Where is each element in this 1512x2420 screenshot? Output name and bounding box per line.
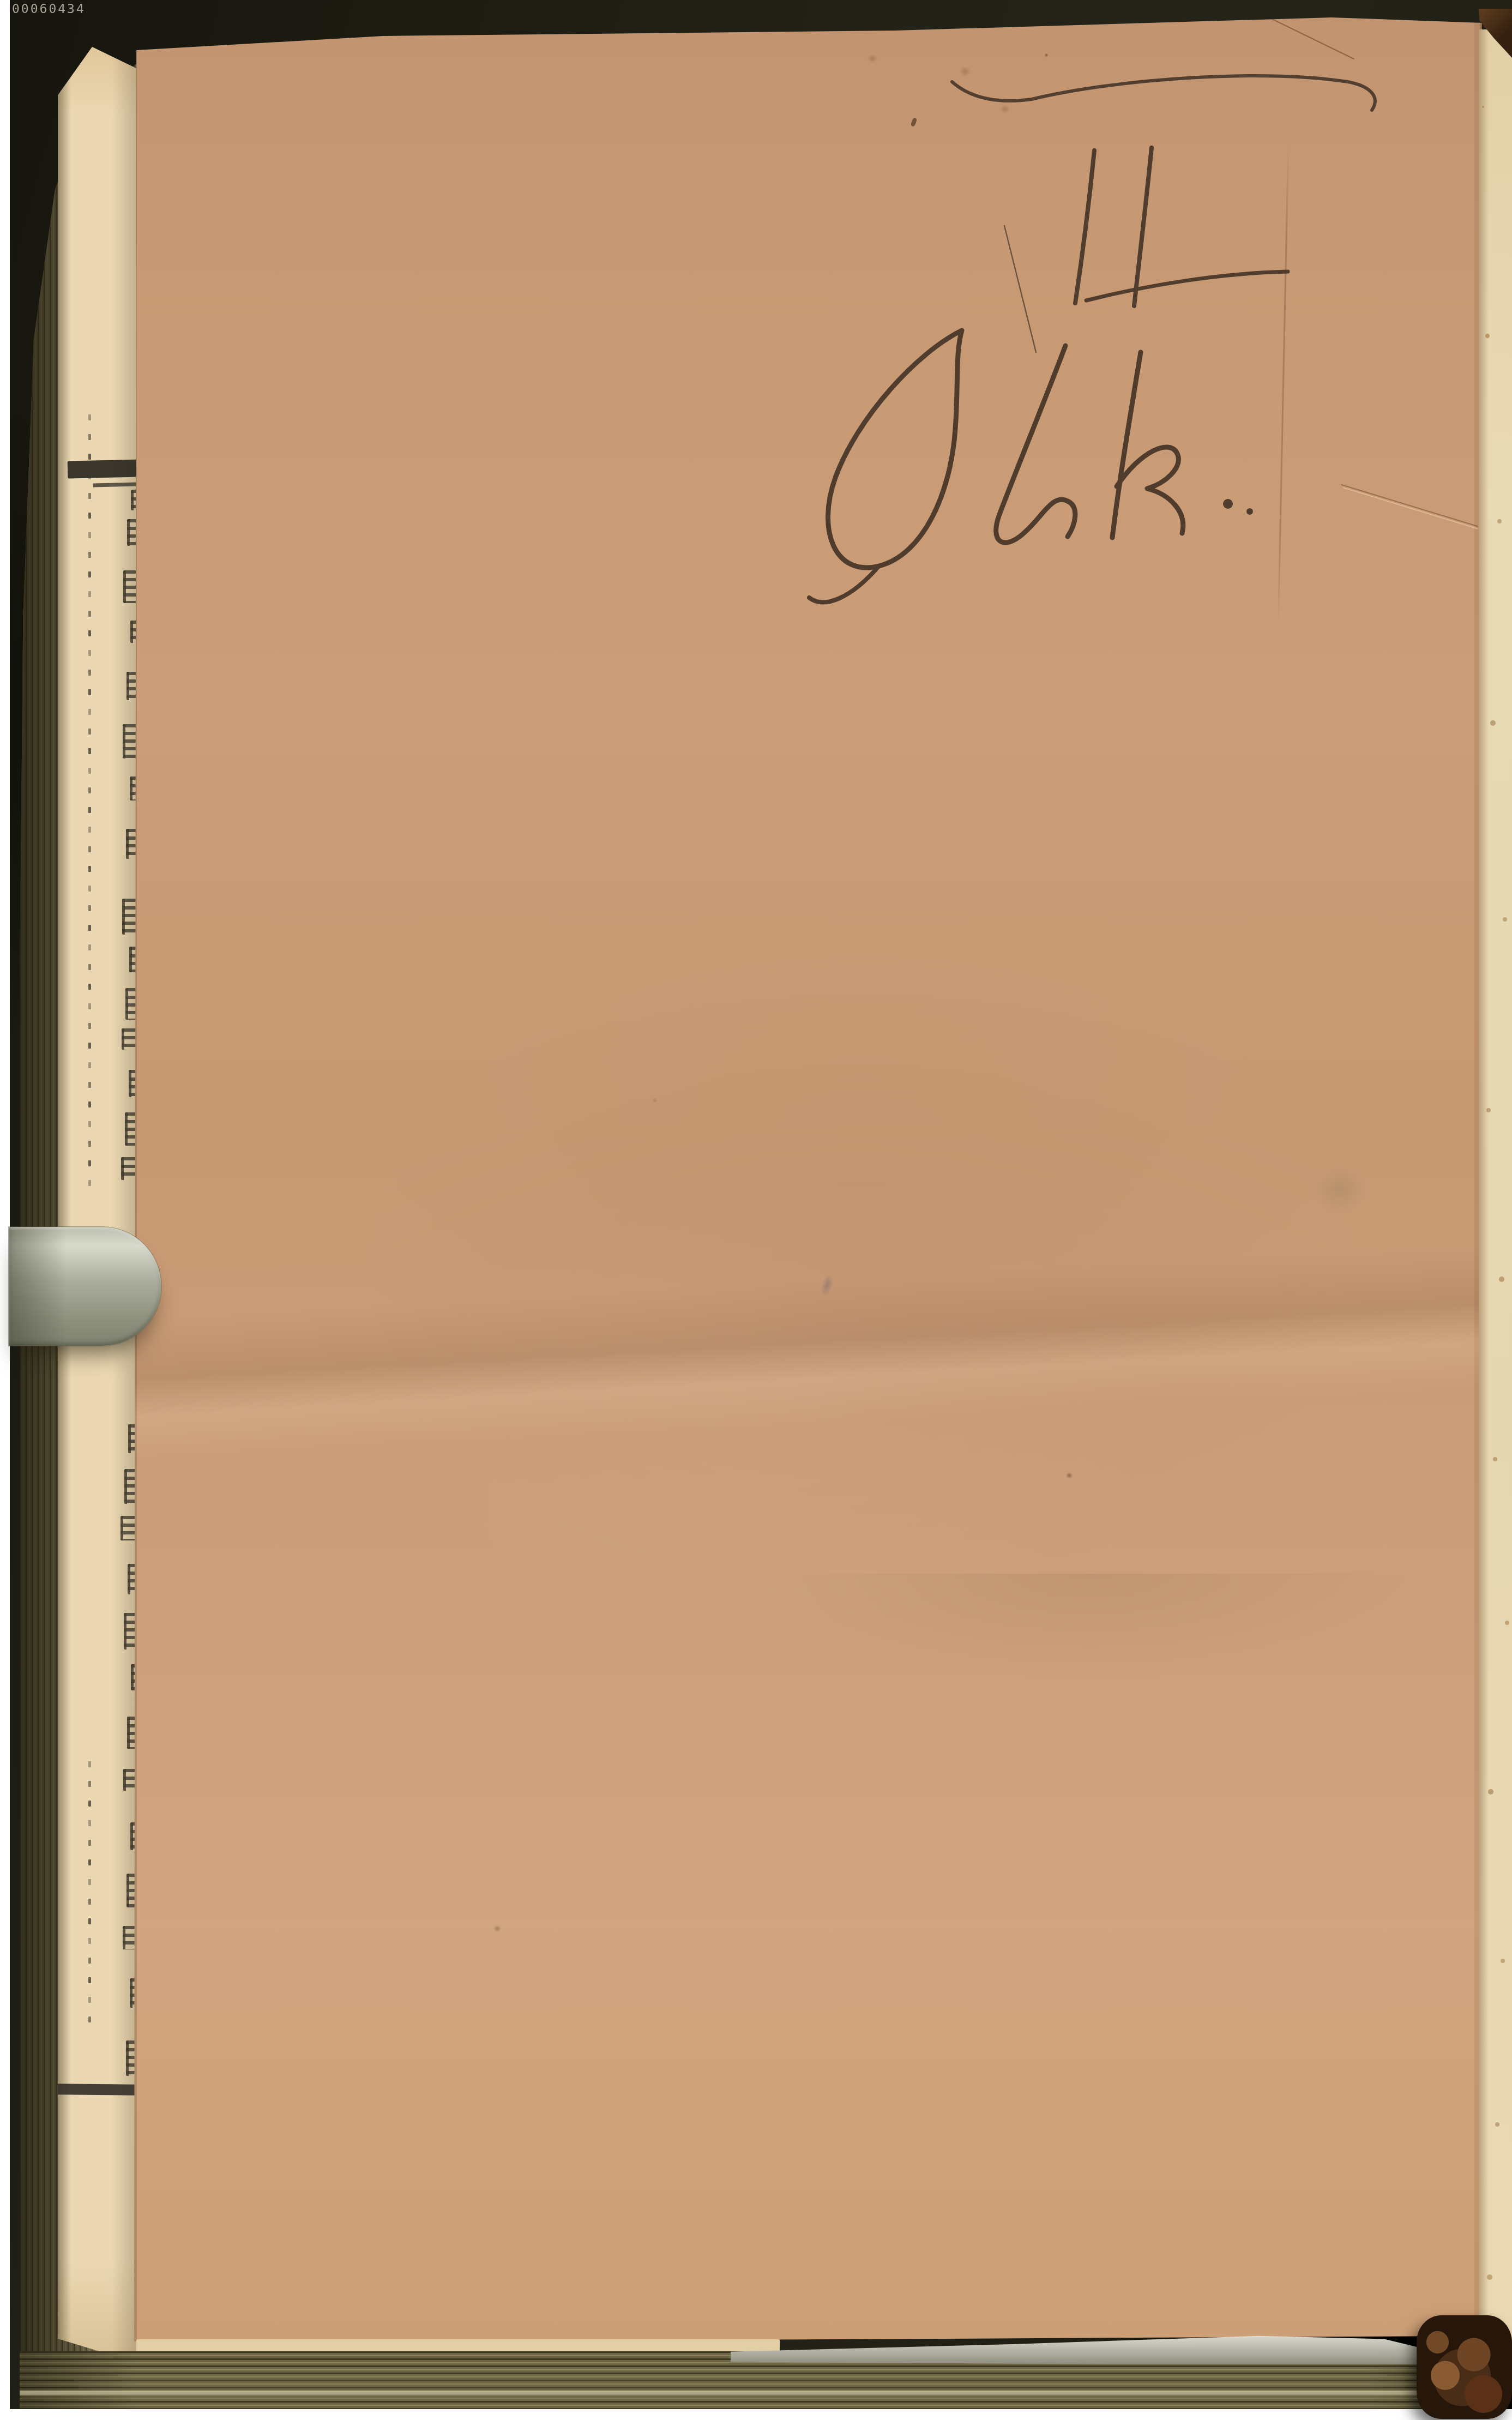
wrinkle-shading bbox=[699, 1574, 1482, 1726]
numeral-ii-strokes bbox=[1004, 148, 1288, 352]
small-character-mark bbox=[88, 630, 91, 636]
numeral-underline bbox=[1086, 272, 1288, 300]
word-dot bbox=[1223, 499, 1233, 509]
stain-smudge bbox=[1304, 1157, 1375, 1223]
small-character-mark bbox=[88, 2016, 91, 2022]
small-character-mark bbox=[88, 1997, 91, 2003]
small-character-mark bbox=[88, 827, 91, 833]
small-character-mark bbox=[88, 846, 91, 852]
small-character-mark bbox=[88, 611, 91, 617]
blank-verso-page bbox=[132, 14, 1482, 2344]
small-character-mark bbox=[88, 1101, 91, 1107]
right-fore-edge-strip bbox=[1479, 29, 1512, 2341]
small-character-mark bbox=[88, 866, 91, 872]
small-character-mark bbox=[88, 1859, 91, 1865]
small-character-mark bbox=[88, 689, 91, 695]
small-character-mark bbox=[88, 1977, 91, 1983]
small-character-mark bbox=[88, 1180, 91, 1186]
small-character-mark bbox=[88, 1938, 91, 1944]
small-character-mark bbox=[88, 768, 91, 774]
small-character-mark bbox=[88, 1781, 91, 1787]
small-character-mark bbox=[88, 1958, 91, 1964]
small-character-mark bbox=[88, 1003, 91, 1009]
small-character-mark bbox=[88, 552, 91, 558]
small-character-mark bbox=[88, 670, 91, 676]
small-character-mark bbox=[88, 532, 91, 538]
small-character-mark bbox=[88, 886, 91, 892]
small-character-mark bbox=[88, 944, 91, 950]
small-character-mark bbox=[88, 1160, 91, 1166]
small-character-mark bbox=[88, 1899, 91, 1905]
small-character-mark bbox=[88, 964, 91, 970]
small-character-mark bbox=[88, 1918, 91, 1924]
wrinkle-shading bbox=[130, 1249, 1484, 1457]
underlying-chinese-page-strip bbox=[58, 47, 140, 2352]
small-character-mark bbox=[88, 1121, 91, 1127]
small-character-mark bbox=[88, 709, 91, 715]
fox-spot bbox=[651, 1097, 659, 1104]
period-dot bbox=[1246, 508, 1253, 515]
small-character-mark bbox=[88, 473, 91, 479]
small-character-mark bbox=[88, 905, 91, 911]
small-character-mark bbox=[88, 513, 91, 519]
small-character-mark bbox=[88, 571, 91, 577]
fox-spot bbox=[492, 1924, 503, 1934]
small-character-mark bbox=[88, 748, 91, 754]
small-character-mark bbox=[88, 434, 91, 440]
small-character-mark bbox=[88, 1062, 91, 1068]
small-character-mark bbox=[88, 1820, 91, 1826]
small-character-mark bbox=[88, 1801, 91, 1807]
small-character-mark bbox=[88, 1840, 91, 1846]
small-character-mark bbox=[88, 1023, 91, 1029]
printed-frame-bar-top bbox=[68, 459, 142, 478]
small-character-mark bbox=[88, 454, 91, 460]
small-character-mark bbox=[88, 591, 91, 597]
small-character-mark bbox=[88, 1082, 91, 1088]
small-character-mark bbox=[88, 650, 91, 656]
cord-knot bbox=[1417, 2315, 1512, 2419]
small-character-mark bbox=[88, 807, 91, 813]
left-retaining-clip bbox=[9, 1227, 161, 1346]
small-character-mark bbox=[88, 1761, 91, 1767]
small-character-mark bbox=[88, 984, 91, 990]
small-character-mark bbox=[88, 493, 91, 499]
fox-spot bbox=[1064, 1471, 1074, 1480]
small-character-mark bbox=[88, 414, 91, 420]
small-character-mark bbox=[88, 787, 91, 793]
book-scan: 00060434 bbox=[0, 0, 1512, 2420]
small-character-mark bbox=[88, 925, 91, 931]
flourish-overline bbox=[952, 76, 1375, 110]
small-character-mark bbox=[88, 729, 91, 735]
cursive-word bbox=[809, 330, 1253, 602]
serial-number: 00060434 bbox=[12, 2, 86, 16]
small-character-mark bbox=[88, 1141, 91, 1147]
small-character-mark bbox=[88, 1043, 91, 1049]
printed-frame-bar-bottom bbox=[51, 2084, 142, 2096]
handwritten-inscription bbox=[759, 47, 1413, 636]
small-character-mark bbox=[88, 1879, 91, 1885]
